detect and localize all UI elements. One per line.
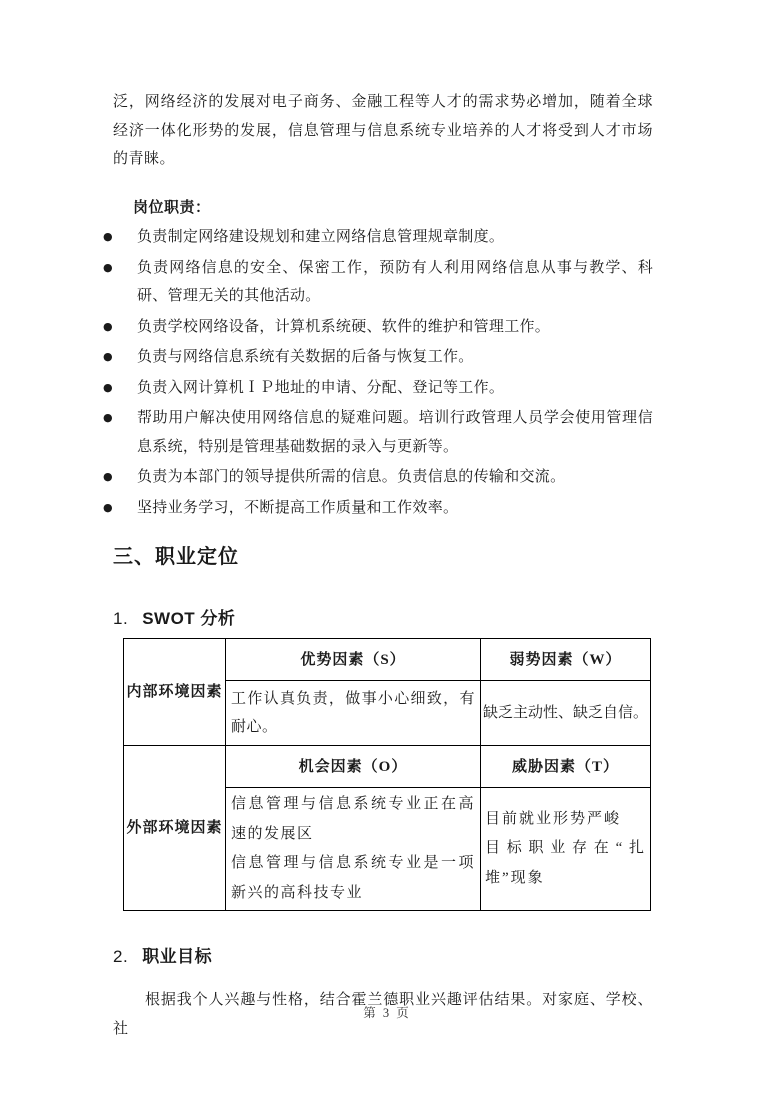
- subsection-title: SWOT 分析: [142, 609, 235, 628]
- header-opportunities: 机会因素（O）: [226, 746, 481, 788]
- duties-list: ● 负责制定网络建设规划和建立网络信息管理规章制度。 ● 负责网络信息的安全、保…: [103, 223, 653, 522]
- list-item: ● 坚持业务学习，不断提高工作质量和工作效率。: [103, 494, 653, 523]
- duty-text: 帮助用户解决使用网络信息的疑难问题。培训行政管理人员学会使用管理信息系统，特别是…: [137, 404, 653, 461]
- duty-text: 坚持业务学习，不断提高工作质量和工作效率。: [137, 494, 653, 523]
- subsection-number: 1.: [113, 606, 128, 632]
- duty-text: 负责与网络信息系统有关数据的后备与恢复工作。: [137, 343, 653, 372]
- subsection-title: 职业目标: [142, 947, 212, 966]
- bullet-icon: ●: [103, 313, 137, 342]
- header-weaknesses: 弱势因素（W）: [481, 639, 651, 681]
- threat-line: 目前就业形势严峻: [485, 805, 646, 835]
- duty-text: 负责制定网络建设规划和建立网络信息管理规章制度。: [137, 223, 653, 252]
- section-heading-career-positioning: 三、职业定位: [113, 544, 653, 570]
- subsection-heading-swot: 1.SWOT 分析: [113, 606, 653, 632]
- table-row: 外部环境因素 机会因素（O） 威胁因素（T）: [124, 746, 651, 788]
- cell-threats: 目前就业形势严峻 目标职业存在“扎堆”现象: [481, 788, 651, 911]
- header-threats: 威胁因素（T）: [481, 746, 651, 788]
- header-strengths: 优势因素（S）: [226, 639, 481, 681]
- duty-text: 负责网络信息的安全、保密工作，预防有人利用网络信息从事与教学、科研、管理无关的其…: [137, 254, 653, 311]
- swot-table: 内部环境因素 优势因素（S） 弱势因素（W） 工作认真负责，做事小心细致，有耐心…: [123, 638, 651, 911]
- opportunity-line: 信息管理与信息系统专业正在高速的发展区: [231, 790, 475, 849]
- row-label-external: 外部环境因素: [124, 746, 226, 911]
- cell-strengths: 工作认真负责，做事小心细致，有耐心。: [226, 681, 481, 746]
- opportunity-line: 信息管理与信息系统专业是一项新兴的高科技专业: [231, 849, 475, 908]
- threat-line: 目标职业存在“扎堆”现象: [485, 834, 646, 893]
- cell-weaknesses: 缺乏主动性、缺乏自信。: [481, 681, 651, 746]
- list-item: ● 负责网络信息的安全、保密工作，预防有人利用网络信息从事与教学、科研、管理无关…: [103, 254, 653, 311]
- table-row: 内部环境因素 优势因素（S） 弱势因素（W）: [124, 639, 651, 681]
- bullet-icon: ●: [103, 223, 137, 252]
- subsection-number: 2.: [113, 944, 128, 970]
- page-content: 泛，网络经济的发展对电子商务、金融工程等人才的需求势必增加，随着全球经济一体化形…: [113, 88, 653, 1043]
- bullet-icon: ●: [103, 343, 137, 372]
- list-item: ● 负责与网络信息系统有关数据的后备与恢复工作。: [103, 343, 653, 372]
- bullet-icon: ●: [103, 404, 137, 461]
- bullet-icon: ●: [103, 463, 137, 492]
- duty-text: 负责入网计算机ＩＰ地址的申请、分配、登记等工作。: [137, 374, 653, 403]
- list-item: ● 负责制定网络建设规划和建立网络信息管理规章制度。: [103, 223, 653, 252]
- document-page: 泛，网络经济的发展对电子商务、金融工程等人才的需求势必增加，随着全球经济一体化形…: [0, 0, 774, 1095]
- list-item: ● 负责学校网络设备，计算机系统硬、软件的维护和管理工作。: [103, 313, 653, 342]
- cell-opportunities: 信息管理与信息系统专业正在高速的发展区 信息管理与信息系统专业是一项新兴的高科技…: [226, 788, 481, 911]
- bullet-icon: ●: [103, 494, 137, 523]
- list-item: ● 负责入网计算机ＩＰ地址的申请、分配、登记等工作。: [103, 374, 653, 403]
- row-label-internal: 内部环境因素: [124, 639, 226, 746]
- subsection-heading-goal: 2.职业目标: [113, 944, 653, 970]
- list-item: ● 帮助用户解决使用网络信息的疑难问题。培训行政管理人员学会使用管理信息系统，特…: [103, 404, 653, 461]
- bullet-icon: ●: [103, 254, 137, 311]
- duty-text: 负责为本部门的领导提供所需的信息。负责信息的传输和交流。: [137, 463, 653, 492]
- list-item: ● 负责为本部门的领导提供所需的信息。负责信息的传输和交流。: [103, 463, 653, 492]
- duty-text: 负责学校网络设备，计算机系统硬、软件的维护和管理工作。: [137, 313, 653, 342]
- duties-heading: 岗位职责：: [113, 194, 653, 223]
- page-number-footer: 第 3 页: [0, 1003, 774, 1021]
- intro-paragraph: 泛，网络经济的发展对电子商务、金融工程等人才的需求势必增加，随着全球经济一体化形…: [113, 88, 653, 174]
- bullet-icon: ●: [103, 374, 137, 403]
